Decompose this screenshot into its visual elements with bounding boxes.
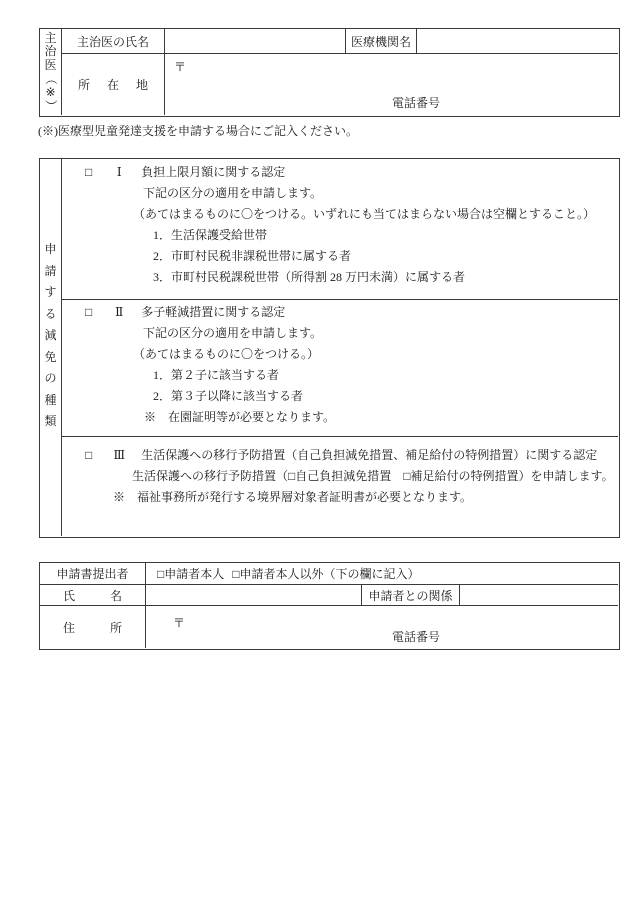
exemption-side-char: 請 bbox=[44, 261, 56, 283]
section-1-checkbox[interactable]: □ bbox=[85, 162, 92, 183]
physician-table: 主 治 医 （ ※ ） 主治医の氏名 医療機関名 所 在 地 〒 電話番号 bbox=[39, 28, 620, 117]
address-label-char: 在 bbox=[107, 76, 119, 93]
section-1-line: （あてはまるものに〇をつける。いずれにも当てはまらない場合は空欄とすること。） bbox=[133, 204, 618, 225]
section-2-checkbox[interactable]: □ bbox=[85, 302, 92, 323]
checkbox-supplementary-benefit[interactable]: □ bbox=[403, 466, 410, 487]
phone-number-label: 電話番号 bbox=[392, 94, 440, 111]
physician-side-char: （ bbox=[44, 73, 58, 85]
medical-institution-label: 医療機関名 bbox=[346, 29, 417, 54]
section-1-numeral: Ⅰ bbox=[104, 162, 134, 183]
exemption-side-char: の bbox=[44, 368, 56, 390]
section-2-title: 多子軽減措置に関する認定 bbox=[141, 305, 285, 319]
section-2-numeral: Ⅱ bbox=[104, 302, 134, 323]
exemption-side-char: 免 bbox=[44, 347, 56, 369]
name-label-char: 名 bbox=[110, 587, 122, 604]
phone-number-label: 電話番号 bbox=[392, 628, 440, 645]
section-1-header: □Ⅰ負担上限月額に関する認定 bbox=[85, 162, 618, 183]
submitter-name-label: 氏 名 bbox=[40, 585, 146, 606]
section-1-title: 負担上限月額に関する認定 bbox=[141, 165, 285, 179]
apply-line-text: 自己負担減免措置 bbox=[295, 469, 403, 483]
address-label-char: 所 bbox=[110, 619, 122, 636]
exemption-side-char: 減 bbox=[44, 325, 56, 347]
physician-side-char: 主 bbox=[44, 32, 56, 46]
physician-side-char: ※ bbox=[45, 86, 55, 100]
postal-mark: 〒 bbox=[173, 614, 185, 631]
exemption-side-label: 申 請 す る 減 免 の 種 類 bbox=[40, 159, 62, 536]
submitter-table: 申請書提出者 □申請者本人 □申請者本人以外（下の欄に記入） 氏 名 申請者との… bbox=[39, 562, 620, 650]
section-2-option: 1．第２子に該当する者 bbox=[153, 365, 618, 386]
physician-side-char: 治 bbox=[44, 45, 56, 59]
submitter-address-label: 住 所 bbox=[40, 606, 146, 648]
option-self-label: 申請者本人 bbox=[164, 567, 224, 581]
exemption-side-char: 類 bbox=[44, 411, 56, 433]
medical-type-note: (※)医療型児童発達支援を申請する場合にご記入ください。 bbox=[38, 122, 358, 139]
medical-institution-label-text: 医療機関名 bbox=[351, 33, 411, 50]
submitter-option-other: □申請者本人以外（下の欄に記入） bbox=[232, 565, 419, 582]
apply-line-text: 生活保護への移行予防措置（ bbox=[132, 469, 288, 483]
section-3-checkbox[interactable]: □ bbox=[85, 445, 92, 466]
section-2-line: 下記の区分の適用を申請します。 bbox=[143, 323, 618, 344]
exemption-table: 申 請 す る 減 免 の 種 類 □Ⅰ負担上限月額に関する認定 下記の区分の適… bbox=[39, 158, 620, 538]
section-1-option: 3．市町村民税課税世帯（所得割 28 万円未満）に属する者 bbox=[153, 267, 618, 288]
address-label-char: 住 bbox=[63, 619, 75, 636]
physician-name-field[interactable] bbox=[165, 29, 346, 54]
name-label-char: 氏 bbox=[63, 587, 75, 604]
relationship-field[interactable] bbox=[460, 585, 618, 606]
submitter-options: □申請者本人 □申請者本人以外（下の欄に記入） bbox=[146, 563, 618, 585]
exemption-side-char: 申 bbox=[44, 239, 56, 261]
section-2-note: ※ 在園証明等が必要となります。 bbox=[144, 407, 618, 428]
option-other-label: 申請者本人以外（下の欄に記入） bbox=[240, 567, 420, 581]
section-3-apply-line: 生活保護への移行予防措置（□自己負担減免措置 □補足給付の特例措置）を申請します… bbox=[132, 466, 618, 487]
relationship-label-text: 申請者との関係 bbox=[368, 587, 452, 604]
address-label-char: 地 bbox=[136, 76, 148, 93]
submitter-address-field[interactable]: 〒 電話番号 bbox=[146, 606, 618, 648]
address-label-char: 所 bbox=[78, 76, 90, 93]
section-1-option: 2．市町村民税非課税世帯に属する者 bbox=[153, 246, 618, 267]
relationship-label: 申請者との関係 bbox=[362, 585, 460, 606]
section-2-option: 2．第３子以降に該当する者 bbox=[153, 386, 618, 407]
section-3-note: ※ 福祉事務所が発行する境界層対象者証明書が必要となります。 bbox=[113, 487, 618, 508]
exemption-side-char: る bbox=[44, 304, 56, 326]
physician-address-field[interactable]: 〒 電話番号 bbox=[165, 54, 618, 115]
exemption-side-char: 種 bbox=[44, 390, 56, 412]
section-1-line: 下記の区分の適用を申請します。 bbox=[143, 183, 618, 204]
physician-side-label: 主 治 医 （ ※ ） bbox=[40, 29, 62, 115]
exemption-section-2: □Ⅱ多子軽減措置に関する認定 下記の区分の適用を申請します。 （あてはまるものに… bbox=[62, 300, 618, 437]
section-1-option: 1．生活保護受給世帯 bbox=[153, 225, 618, 246]
exemption-side-char: す bbox=[44, 282, 56, 304]
medical-institution-field[interactable] bbox=[417, 29, 618, 54]
submitter-option-self: □申請者本人 bbox=[157, 565, 224, 582]
checkbox-applicant-other[interactable]: □ bbox=[232, 567, 239, 582]
submitter-name-field[interactable] bbox=[146, 585, 362, 606]
apply-line-text: 補足給付の特例措置）を申請します。 bbox=[411, 469, 614, 483]
physician-name-label: 主治医の氏名 bbox=[62, 29, 165, 54]
postal-mark: 〒 bbox=[174, 58, 186, 75]
physician-side-char: 医 bbox=[44, 59, 56, 73]
section-3-title: 生活保護への移行予防措置（自己負担減免措置、補足給付の特例措置）に関する認定 bbox=[141, 448, 597, 462]
physician-side-char: ） bbox=[44, 100, 58, 112]
submitter-label: 申請書提出者 bbox=[40, 563, 146, 585]
submitter-label-text: 申請書提出者 bbox=[56, 565, 128, 582]
physician-name-label-text: 主治医の氏名 bbox=[77, 33, 149, 50]
section-2-line: （あてはまるものに〇をつける。） bbox=[133, 344, 618, 365]
physician-address-label: 所 在 地 bbox=[62, 54, 165, 115]
section-3-numeral: Ⅲ bbox=[104, 445, 134, 466]
exemption-section-3: □Ⅲ生活保護への移行予防措置（自己負担減免措置、補足給付の特例措置）に関する認定… bbox=[62, 437, 618, 536]
form-page: 主 治 医 （ ※ ） 主治医の氏名 医療機関名 所 在 地 〒 電話番号 (※… bbox=[0, 0, 630, 915]
exemption-section-1: □Ⅰ負担上限月額に関する認定 下記の区分の適用を申請します。 （あてはまるものに… bbox=[62, 159, 618, 300]
section-3-header: □Ⅲ生活保護への移行予防措置（自己負担減免措置、補足給付の特例措置）に関する認定 bbox=[85, 445, 618, 466]
section-2-header: □Ⅱ多子軽減措置に関する認定 bbox=[85, 302, 618, 323]
